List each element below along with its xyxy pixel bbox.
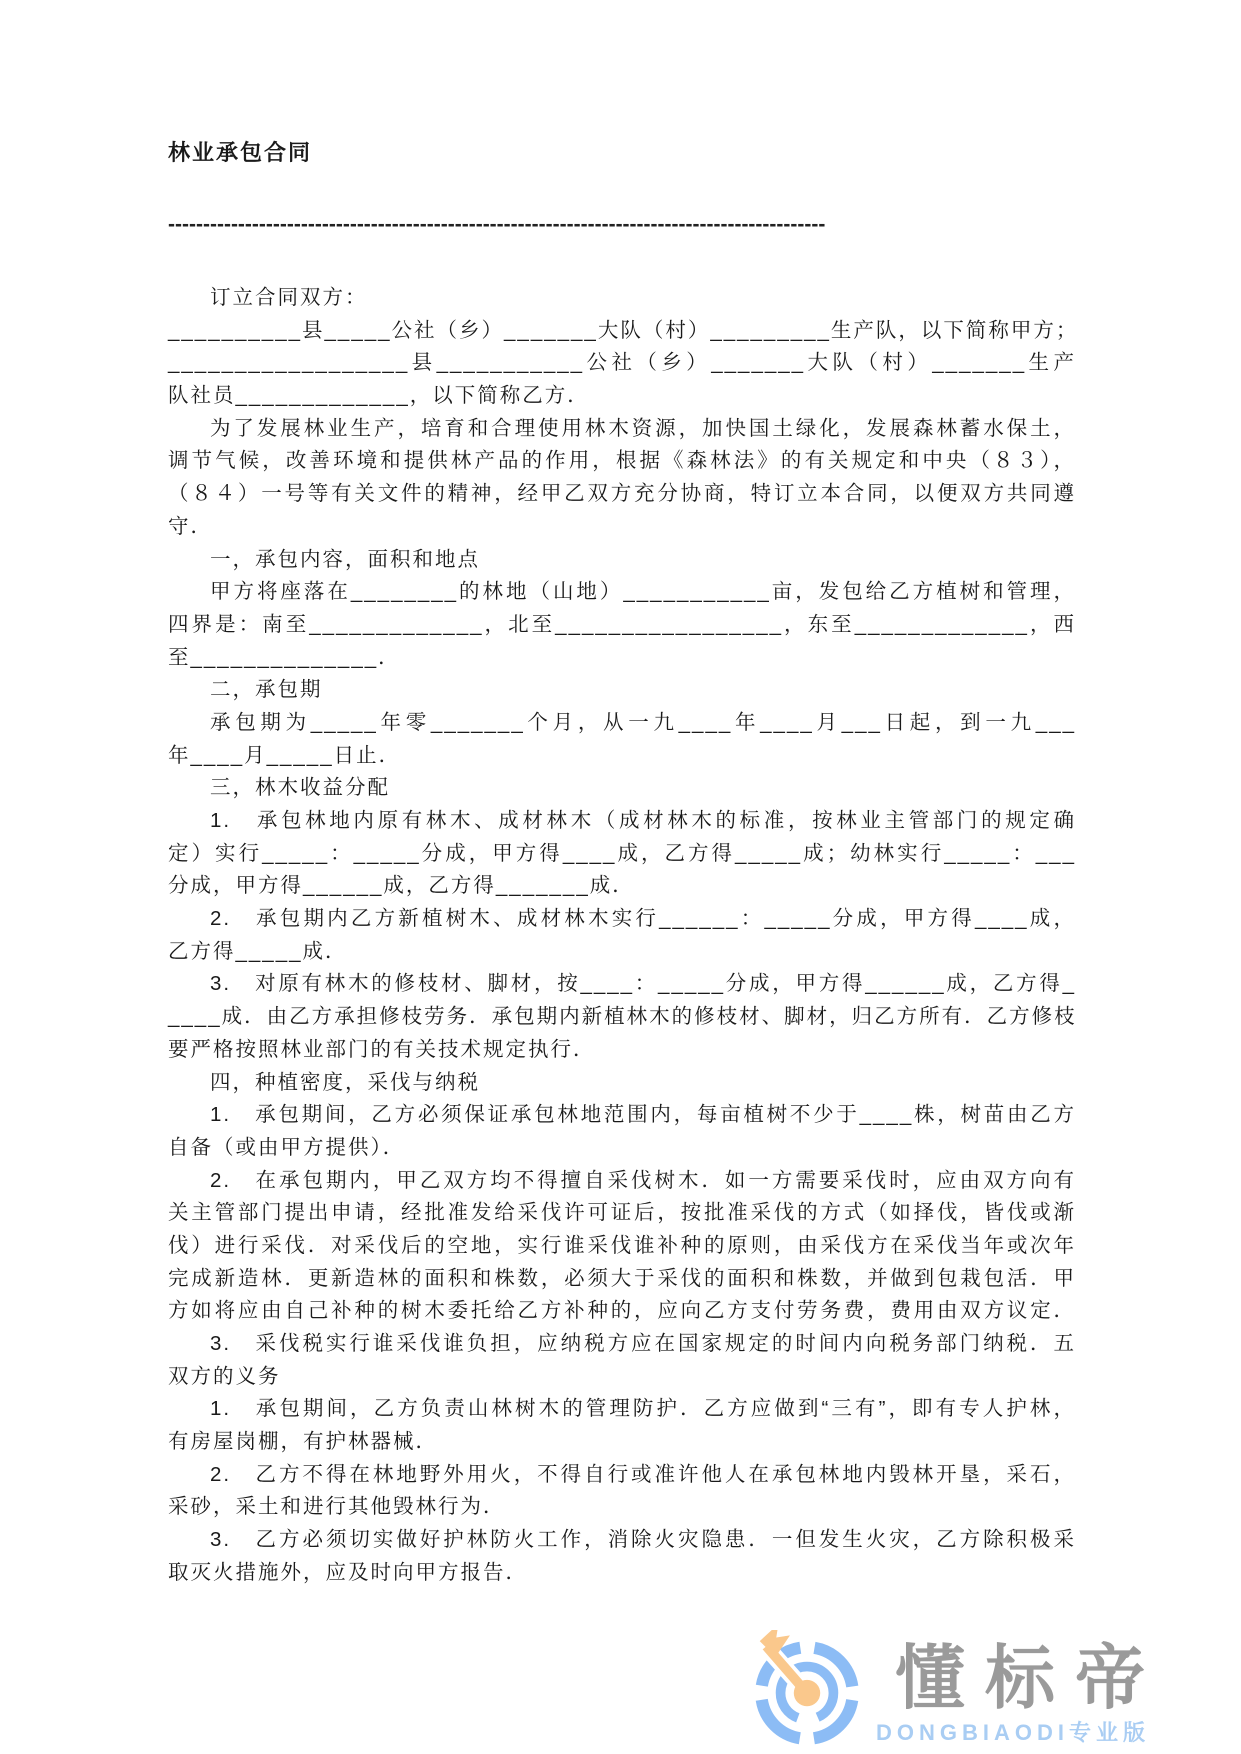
text-line: 一，承包内容，面积和地点: [168, 544, 1076, 577]
text-line: 队社员_____________，以下简称乙方．: [168, 380, 1076, 413]
separator-dashed-line: ----------------------------------------…: [168, 212, 826, 238]
text-line: 2. 承包期内乙方新植树木、成材林木实行______：_____分成，甲方得__…: [168, 903, 1076, 936]
text-line: 甲方将座落在________的林地（山地）___________亩，发包给乙方植…: [168, 576, 1076, 609]
watermark-text: 懂标帝 DONGBIAODI专业版: [876, 1640, 1145, 1746]
text-line: 乙方得_____成．: [168, 936, 1076, 969]
text-line: （８４）一号等有关文件的精神，经甲乙双方充分协商，特订立本合同，以便双方共同遵: [168, 478, 1076, 511]
document-title: 林业承包合同: [168, 136, 312, 167]
text-line: 三，林木收益分配: [168, 772, 1076, 805]
brand-name-cn: 懂标帝: [876, 1640, 1165, 1716]
text-line: 1. 承包林地内原有林木、成材林木（成材林木的标准，按林业主管部门的规定确: [168, 805, 1076, 838]
text-line: 调节气候，改善环境和提供林产品的作用，根据《森林法》的有关规定和中央（８３），: [168, 445, 1076, 478]
text-line: 伐）进行采伐．对采伐后的空地，实行谁采伐谁补种的原则，由采伐方在采伐当年或次年: [168, 1230, 1076, 1263]
target-dart-icon: [746, 1630, 868, 1752]
text-line: 1. 承包期间，乙方必须保证承包林地范围内，每亩植树不少于____株，树苗由乙方: [168, 1099, 1076, 1132]
text-line: 四界是：南至_____________，北至_________________，…: [168, 609, 1076, 642]
text-line: 取灭火措施外，应及时向甲方报告．: [168, 1557, 1076, 1590]
text-line: 方如将应由自己补种的树木委托给乙方补种的，应向乙方支付劳务费，费用由双方议定．: [168, 1295, 1076, 1328]
text-line: 订立合同双方：: [168, 282, 1076, 315]
brand-edition-label: 专业版: [1069, 1720, 1150, 1745]
text-line: 定）实行_____：_____分成，甲方得____成，乙方得_____成；幼林实…: [168, 838, 1076, 871]
text-line: 完成新造林．更新造林的面积和株数，必须大于采伐的面积和株数，并做到包栽包活．甲: [168, 1263, 1076, 1296]
text-line: 四，种植密度，采伐与纳税: [168, 1067, 1076, 1100]
document-page: 林业承包合同 ---------------------------------…: [0, 0, 1241, 1754]
text-line: 2. 在承包期内，甲乙双方均不得擅自采伐树木．如一方需要采伐时，应由双方向有: [168, 1165, 1076, 1198]
brand-subline: DONGBIAODI专业版: [876, 1720, 1150, 1746]
text-line: 采砂，采土和进行其他毁林行为．: [168, 1491, 1076, 1524]
text-line: 3. 对原有林木的修枝材、脚材，按____：_____分成，甲方得______成…: [168, 968, 1076, 1001]
document-body: 订立合同双方：__________县_____公社（乡）_______大队（村）…: [168, 282, 1076, 1590]
text-line: ____成．由乙方承担修枝劳务．承包期内新植林木的修枝材、脚材，归乙方所有．乙方…: [168, 1001, 1076, 1034]
text-line: 3. 乙方必须切实做好护林防火工作，消除火灾隐患．一但发生火灾，乙方除积极采: [168, 1524, 1076, 1557]
text-line: __________县_____公社（乡）_______大队（村）_______…: [168, 315, 1076, 348]
text-line: 自备（或由甲方提供）．: [168, 1132, 1076, 1165]
text-line: 至______________．: [168, 642, 1076, 675]
text-line: __________________县___________公社（乡）_____…: [168, 347, 1076, 380]
text-line: 双方的义务: [168, 1361, 1076, 1394]
text-line: 分成，甲方得______成，乙方得_______成．: [168, 870, 1076, 903]
text-line: 承包期为_____年零_______个月，从一九____年____月___日起，…: [168, 707, 1076, 740]
text-line: 3. 采伐税实行谁采伐谁负担，应纳税方应在国家规定的时间内向税务部门纳税．五: [168, 1328, 1076, 1361]
text-line: 年____月_____日止．: [168, 740, 1076, 773]
text-line: 2. 乙方不得在林地野外用火，不得自行或准许他人在承包林地内毁林开垦，采石，: [168, 1459, 1076, 1492]
text-line: 要严格按照林业部门的有关技术规定执行．: [168, 1034, 1076, 1067]
text-line: 守．: [168, 511, 1076, 544]
text-line: 1. 承包期间，乙方负责山林树木的管理防护．乙方应做到“三有”，即有专人护林，: [168, 1393, 1076, 1426]
text-line: 有房屋岗棚，有护林器械．: [168, 1426, 1076, 1459]
text-line: 关主管部门提出申请，经批准发给采伐许可证后，按批准采伐的方式（如择伐，皆伐或渐: [168, 1197, 1076, 1230]
text-line: 二，承包期: [168, 674, 1076, 707]
brand-name-en: DONGBIAODI: [876, 1720, 1069, 1745]
text-line: 为了发展林业生产，培育和合理使用林木资源，加快国土绿化，发展森林蓄水保土，: [168, 413, 1076, 446]
